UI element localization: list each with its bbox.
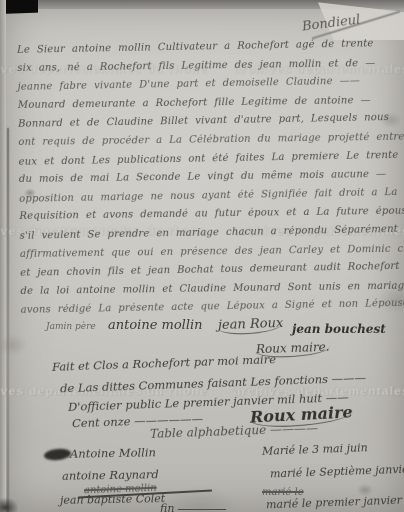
signature-prefix: Jamin père xyxy=(46,322,96,332)
binding-fold-line xyxy=(7,128,9,512)
table-row-name: antoine Raynard xyxy=(62,467,159,483)
scanned-document-page: archives departementales du rhonearchive… xyxy=(0,0,404,512)
signature-antoine-mollin: antoine mollin xyxy=(108,318,203,333)
table-row-date: Marié le 3 mai juin xyxy=(262,441,368,458)
page-left-edge xyxy=(0,0,6,512)
table-fin-label: fin xyxy=(160,502,174,512)
main-paragraph: Le Sieur antoine mollin Cultivateur a Ro… xyxy=(17,39,404,323)
closing-line: Fait et Clos a Rochefort par moi maire xyxy=(52,352,276,374)
signature-jean-bouchest: jean bouchest xyxy=(292,322,386,336)
signature-jean-roux: jean Roux xyxy=(218,316,284,335)
table-row-name: Antoine Mollin xyxy=(70,445,156,460)
bottom-left-smudge xyxy=(0,498,18,512)
fin-dash xyxy=(178,509,226,510)
table-row-date: marié le Septième janvier xyxy=(270,462,404,480)
ink-blot xyxy=(43,448,71,462)
